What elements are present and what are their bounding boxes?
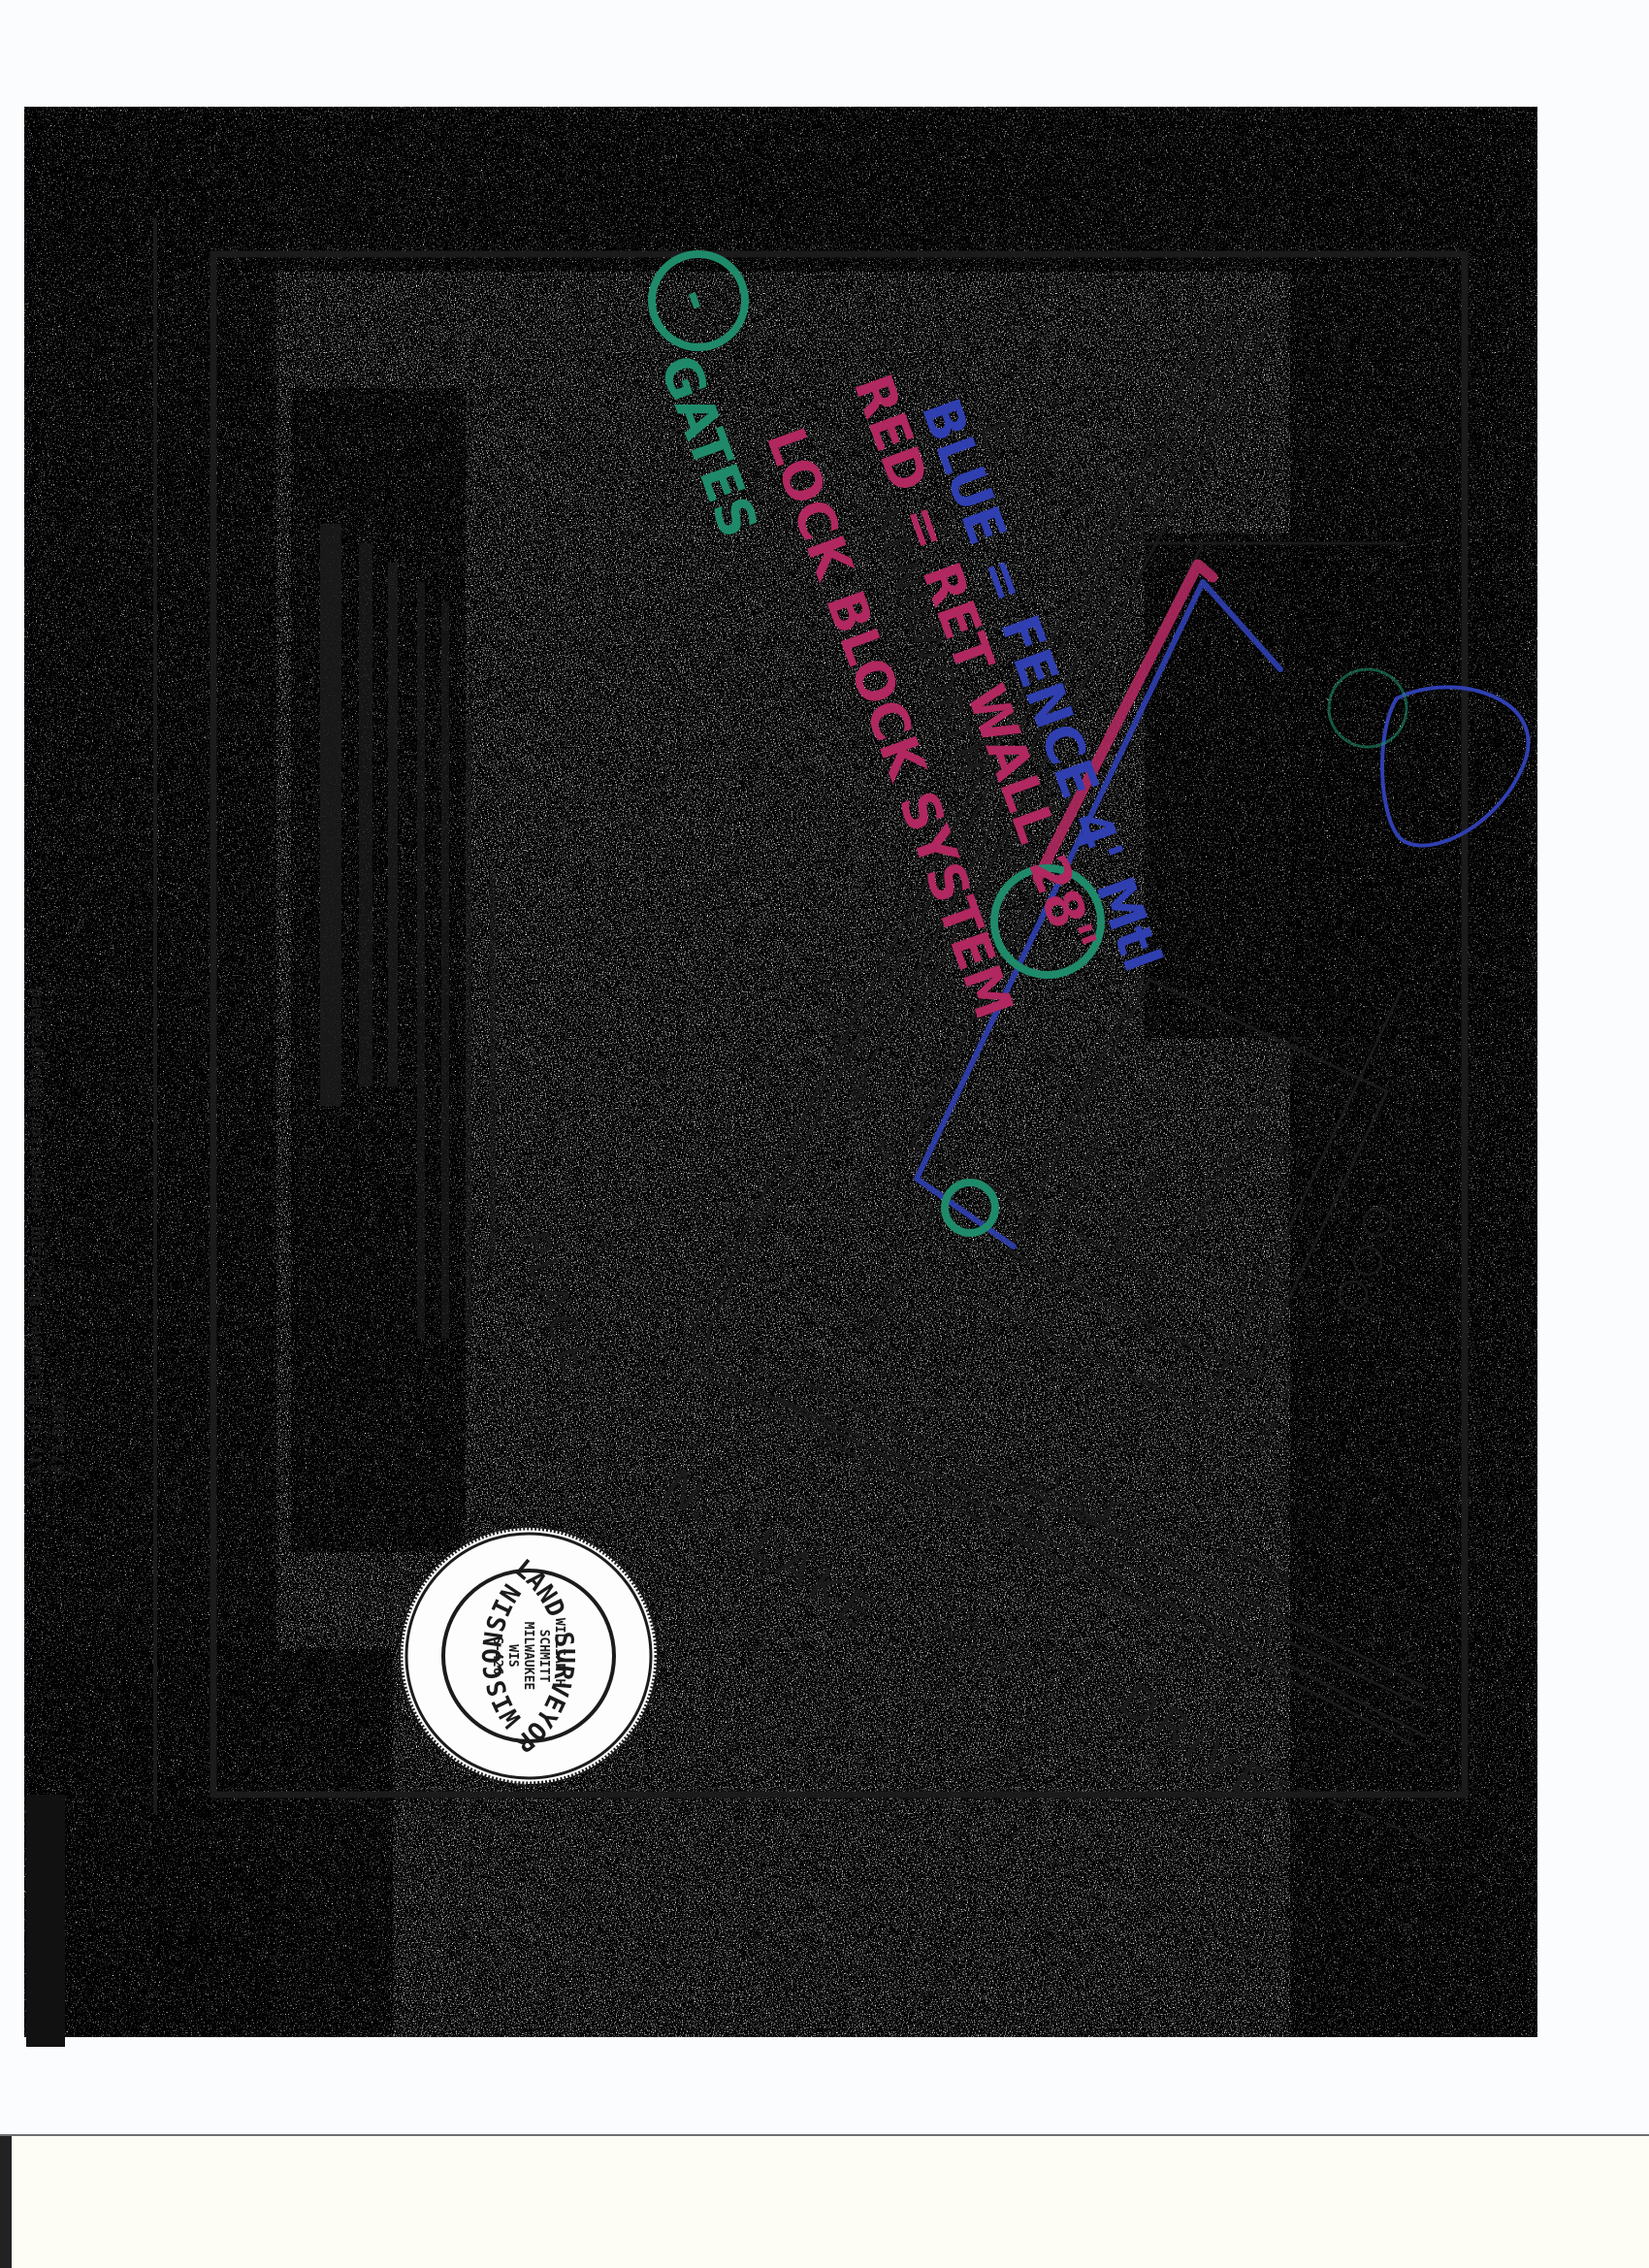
scan-noise [24,107,1537,2047]
scanner-bed-shadow [0,2136,12,2268]
stamp-number: S-426 [490,1636,504,1674]
surveyor-stamp: WISCONSIN LAND SURVEYOR WILLIAM H. SCHMI… [401,1528,657,1784]
survey-drawing: City of Milwaukee Building Inspection Ph… [0,0,1649,2268]
stamp-name-line2: SCHMITT [536,1630,551,1683]
stamp-state: WIS [505,1644,520,1668]
stamp-city: MILWAUKEE [521,1622,535,1690]
caption-line-2: (#73-0101). [49,1375,69,1484]
caption-line-1: City of Milwaukee Building Inspection Ph… [26,988,46,1484]
stamp-name-line1: WILLIAM H. [552,1618,566,1694]
scanner-bed-margin [0,2136,1649,2268]
